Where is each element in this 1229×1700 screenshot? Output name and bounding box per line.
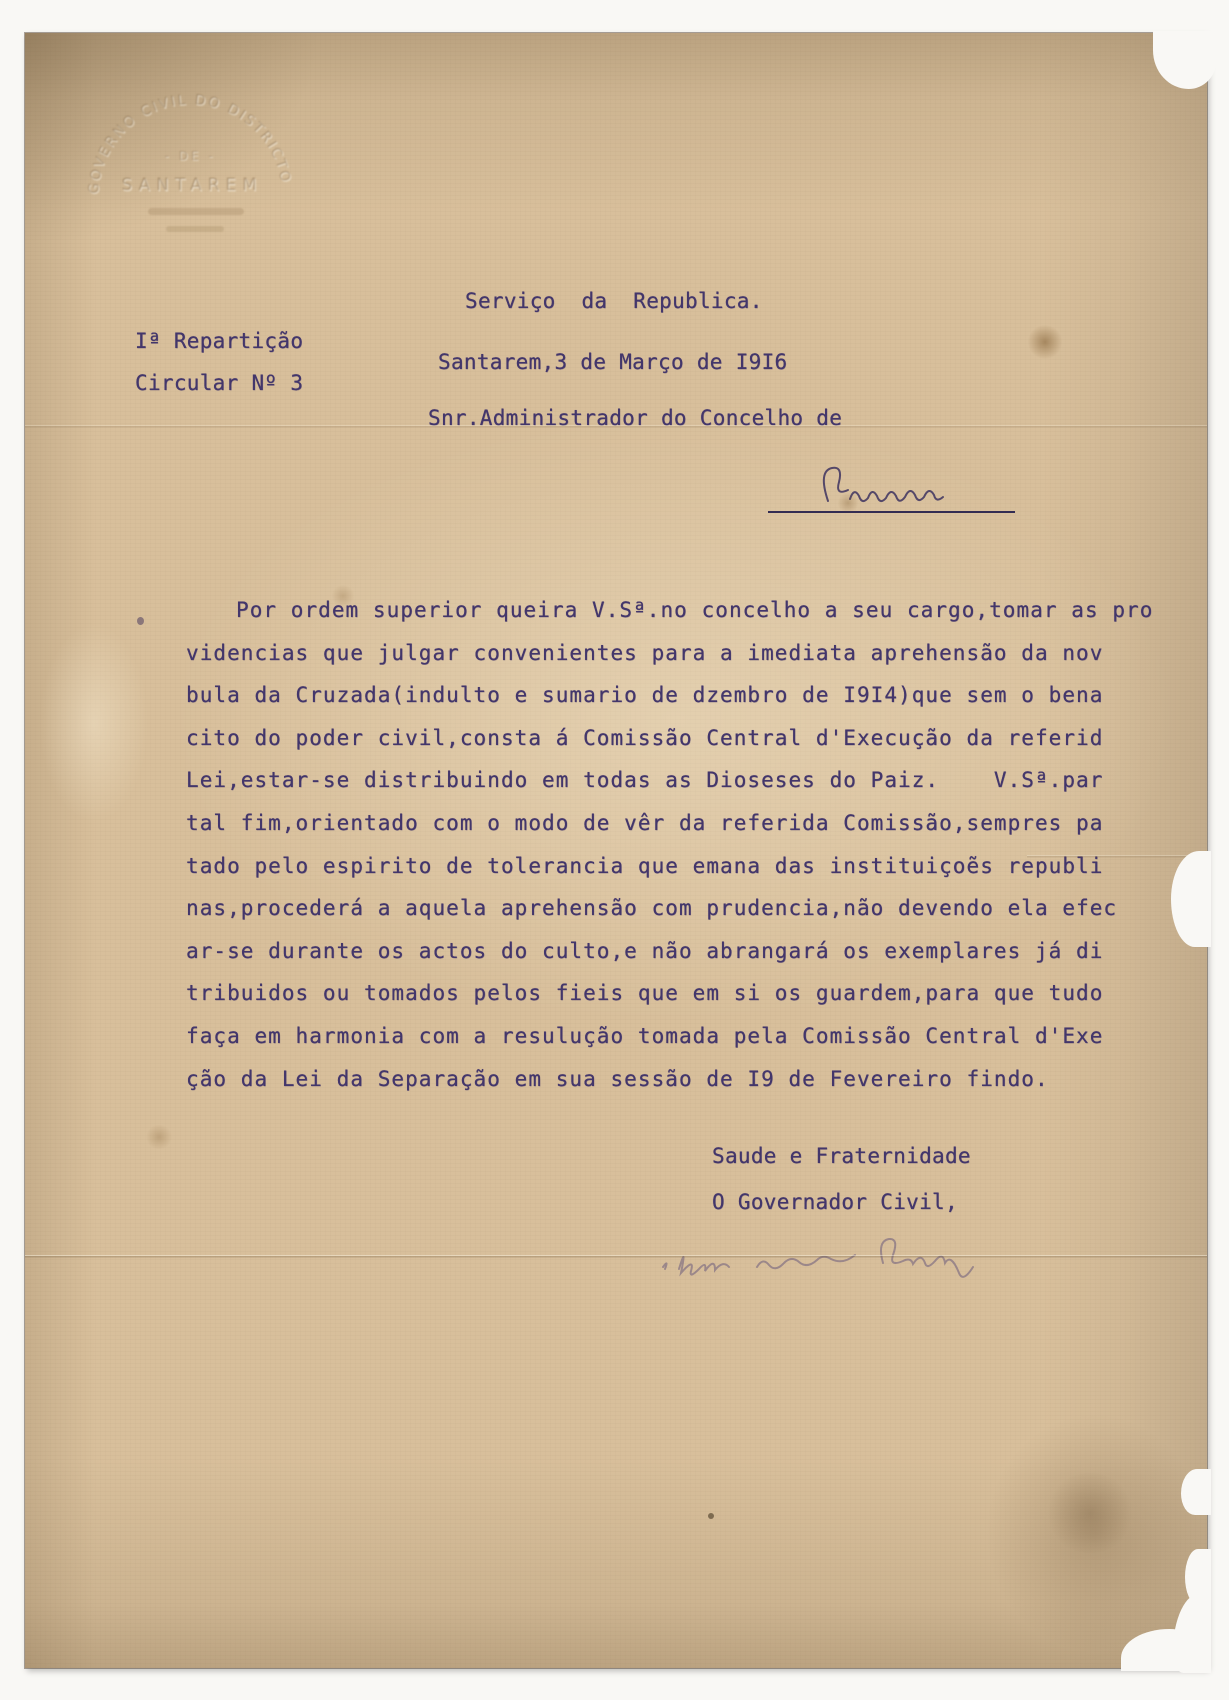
- stain: [145, 1125, 173, 1149]
- stain: [1045, 1473, 1135, 1553]
- fold-crease-right: [1027, 855, 1207, 858]
- service-line: Serviço da Republica.: [465, 289, 763, 313]
- body-line: tal fim,orientado com o modo de vêr da r…: [186, 802, 1171, 845]
- stain: [39, 623, 149, 823]
- body-line: tribuidos ou tomados pelos fieis que em …: [186, 972, 1171, 1015]
- signature-scribble: [645, 1223, 1045, 1293]
- stain: [331, 585, 355, 607]
- body-line: nas,procederá a aquela aprehensão com pr…: [186, 887, 1171, 930]
- seal-mid-text: - DE -: [164, 149, 215, 163]
- letter-body: Por ordem superior queira V.Sª.no concel…: [186, 589, 1171, 1100]
- body-line: videncias que julgar convenientes para a…: [186, 632, 1171, 675]
- stain: [1027, 325, 1063, 359]
- scanned-letter-page: { "theme": { "ink_color": "#43366b", "pa…: [0, 0, 1229, 1700]
- seal-illegible-line: [166, 226, 224, 232]
- body-line: Lei,estar-se distribuindo em todas as Di…: [186, 759, 1171, 802]
- date-line: Santarem,3 de Março de I9I6: [438, 350, 787, 374]
- body-line: ção da Lei da Separação em sua sessão de…: [186, 1058, 1171, 1101]
- salute-line: Saude e Fraternidade: [712, 1144, 971, 1168]
- tear-right-lower: [1181, 1469, 1211, 1515]
- concelho-rule: [768, 511, 1015, 513]
- department-line: Iª Repartição: [135, 329, 303, 353]
- ink-speck: [137, 617, 144, 625]
- tear-top-right: [1153, 31, 1217, 89]
- body-line: cito do poder civil,consta á Comissão Ce…: [186, 717, 1171, 760]
- signer-title-line: O Governador Civil,: [712, 1190, 958, 1214]
- stain: [837, 493, 859, 513]
- seal-illegible-line: [148, 208, 244, 215]
- ink-speck: [708, 1513, 714, 1519]
- fold-crease-upper: [25, 425, 1207, 428]
- fold-crease-lower: [25, 1255, 1207, 1258]
- circular-number-line: Circular Nº 3: [135, 371, 303, 395]
- body-line: tado pelo espirito de tolerancia que ema…: [186, 845, 1171, 888]
- body-line: bula da Cruzada(indulto e sumario de dze…: [186, 674, 1171, 717]
- body-line: ar-se durante os actos do culto,e não ab…: [186, 930, 1171, 973]
- letter-paper: GOVERNO CIVIL DO DISTRICTO GOVERNO CIVIL…: [25, 33, 1207, 1668]
- embossed-seal: GOVERNO CIVIL DO DISTRICTO GOVERNO CIVIL…: [70, 68, 310, 268]
- tear-right-middle: [1171, 851, 1211, 947]
- body-line: faça em harmonia com a resulução tomada …: [186, 1015, 1171, 1058]
- seal-name-text: SANTAREM: [121, 175, 262, 195]
- handwritten-concelho: Ourem: [770, 461, 1020, 517]
